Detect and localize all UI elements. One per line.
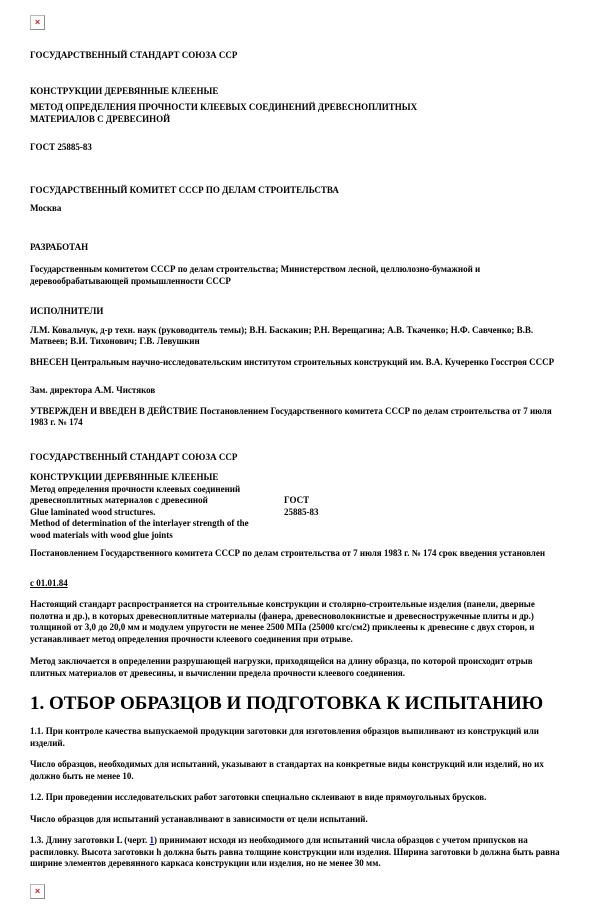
gost-code: ГОСТ 25885-83: [284, 495, 334, 518]
paragraph-1-1b: Число образцов, необходимых для испытани…: [30, 759, 562, 782]
method-title: МЕТОД ОПРЕДЕЛЕНИЯ ПРОЧНОСТИ КЛЕЕВЫХ СОЕД…: [30, 102, 450, 125]
title-block-left: КОНСТРУКЦИИ ДЕРЕВЯННЫЕ КЛЕЕНЫЕ Метод опр…: [30, 472, 262, 541]
city-label: Москва: [30, 203, 562, 215]
broken-image-icon: ×: [30, 15, 45, 30]
committee-name: ГОСУДАРСТВЕННЫЙ КОМИТЕТ СССР ПО ДЕЛАМ СТ…: [30, 185, 562, 197]
title-block-en-title: Glue laminated wood structures.: [30, 507, 262, 519]
standard-label-mid: ГОСУДАРСТВЕННЫЙ СТАНДАРТ СОЮЗА ССР: [30, 452, 562, 464]
developed-by: Государственным комитетом СССР по делам …: [30, 264, 562, 287]
submitted-by: ВНЕСЕН Центральным научно-исследовательс…: [30, 357, 562, 369]
title-block-ru-subtitle: Метод определения прочности клеевых соед…: [30, 484, 262, 507]
deputy-director: Зам. директора А.М. Чистяков: [30, 385, 562, 397]
paragraph-1-2b: Число образцов для испытаний устанавлива…: [30, 814, 562, 826]
subject-title: КОНСТРУКЦИИ ДЕРЕВЯННЫЕ КЛЕЕНЫЕ: [30, 86, 562, 98]
effective-date: с 01.01.84: [30, 578, 562, 590]
method-summary-paragraph: Метод заключается в определении разрушаю…: [30, 656, 562, 679]
broken-image-icon-bottom: ×: [30, 884, 45, 899]
effective-date-text: с 01.01.84: [30, 578, 68, 588]
developed-label: РАЗРАБОТАН: [30, 242, 562, 254]
broken-image-x-icon: ×: [35, 18, 40, 27]
paragraph-1-3: 1.3. Длину заготовки L (черт. 1) принима…: [30, 835, 562, 870]
title-block-ru-title: КОНСТРУКЦИИ ДЕРЕВЯННЫЕ КЛЕЕНЫЕ: [30, 472, 262, 484]
enactment-statement: Постановлением Государственного комитета…: [30, 548, 562, 560]
section-1-heading: 1. ОТБОР ОБРАЗЦОВ И ПОДГОТОВКА К ИСПЫТАН…: [30, 693, 562, 715]
title-block-en-subtitle: Method of determination of the interlaye…: [30, 518, 262, 541]
scope-paragraph: Настоящий стандарт распространяется на с…: [30, 599, 562, 645]
paragraph-1-1: 1.1. При контроле качества выпускаемой п…: [30, 726, 562, 749]
title-block: КОНСТРУКЦИИ ДЕРЕВЯННЫЕ КЛЕЕНЫЕ Метод опр…: [30, 472, 562, 541]
broken-image-x-icon-bottom: ×: [35, 887, 40, 896]
approved-statement: УТВЕРЖДЕН И ВВЕДЕН В ДЕЙСТВИЕ Постановле…: [30, 406, 562, 429]
paragraph-1-3-before-link: 1.3. Длину заготовки L (черт.: [30, 835, 150, 845]
title-block-right: ГОСТ 25885-83: [284, 472, 344, 541]
document-page: × ГОСУДАРСТВЕННЫЙ СТАНДАРТ СОЮЗА ССР КОН…: [0, 0, 595, 919]
executors-list: Л.М. Ковальчук, д-р техн. наук (руководи…: [30, 325, 562, 348]
standard-label-top: ГОСУДАРСТВЕННЫЙ СТАНДАРТ СОЮЗА ССР: [30, 50, 562, 62]
paragraph-1-2: 1.2. При проведении исследовательских ра…: [30, 792, 562, 804]
gost-number: ГОСТ 25885-83: [30, 142, 562, 154]
executors-label: ИСПОЛНИТЕЛИ: [30, 306, 562, 318]
